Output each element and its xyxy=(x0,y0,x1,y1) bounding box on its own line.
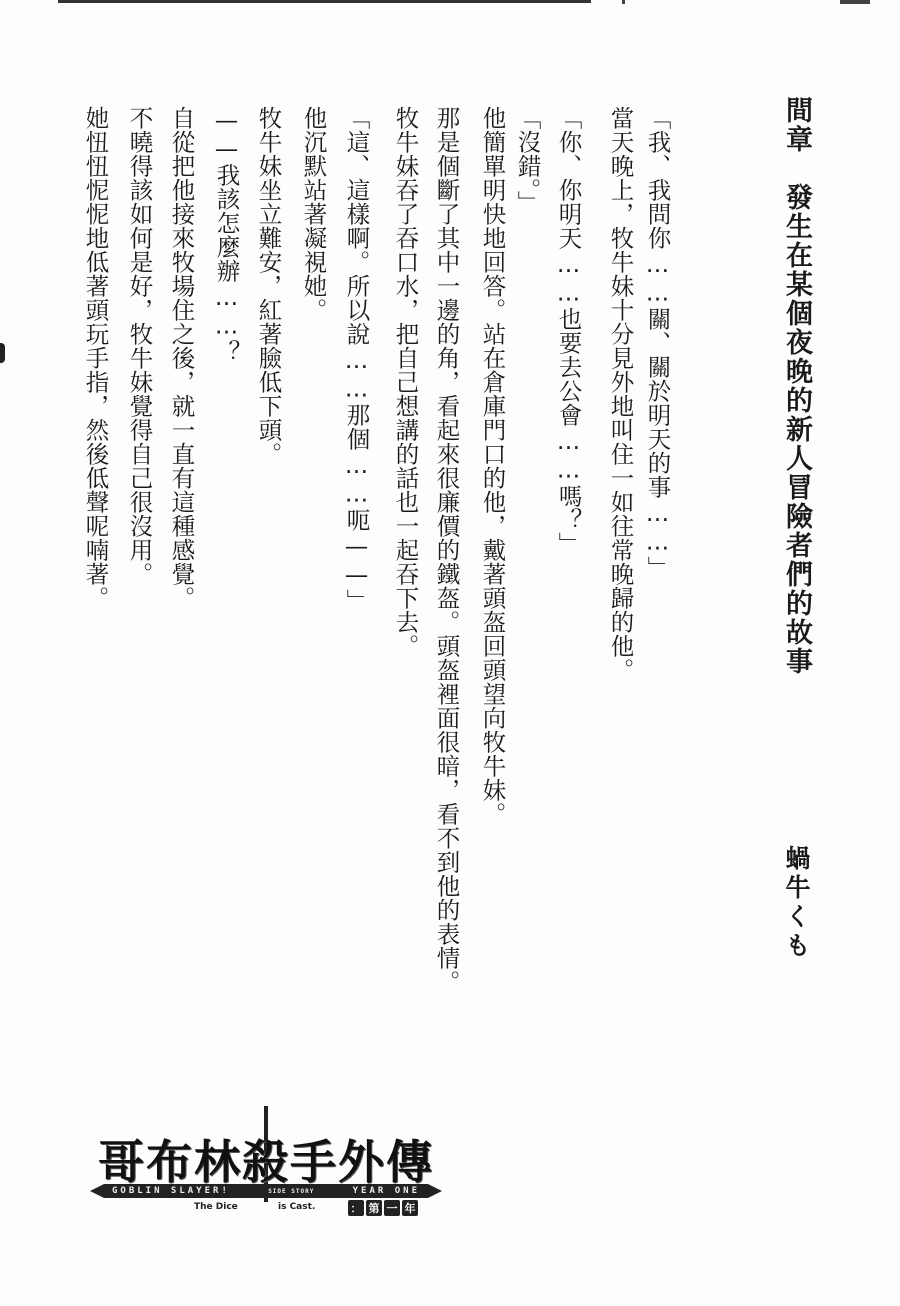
logo-subtitle-left: The Dice xyxy=(194,1202,238,1212)
logo-band-side: SIDE STORY xyxy=(268,1188,314,1195)
series-logo: 哥布林殺手外傳 GOBLIN SLAYER! SIDE STORY YEAR O… xyxy=(86,1106,446,1226)
logo-band-right: YEAR ONE xyxy=(353,1186,420,1196)
text-column: 他沉默站著凝視她。 xyxy=(301,106,325,322)
top-scan-mark xyxy=(840,0,870,4)
logo-banner: GOBLIN SLAYER! SIDE STORY YEAR ONE xyxy=(90,1184,442,1198)
logo-year-char: 一 xyxy=(384,1200,400,1216)
text-column: 他簡單明快地回答。站在倉庫門口的他，戴著頭盔回頭望向牧牛妹。 xyxy=(480,106,504,826)
logo-year-badges: ： 第 一 年 xyxy=(348,1200,418,1216)
text-column: 「我、我問你……關、關於明天的事……」 xyxy=(645,106,669,580)
logo-band-left: GOBLIN SLAYER! xyxy=(112,1186,230,1196)
chapter-title: 間章 發生在某個夜晚的新人冒險者們的故事 xyxy=(783,96,810,676)
logo-subtitle-right: is Cast. xyxy=(278,1202,315,1212)
author-name: 蝸牛くも xyxy=(784,845,809,961)
text-column: 「沒錯。」 xyxy=(515,106,539,214)
top-scan-edge xyxy=(58,0,591,3)
text-column: 不曉得該如何是好，牧牛妹覺得自己很沒用。 xyxy=(127,106,151,586)
text-column: 牧牛妹坐立難安，紅著臉低下頭。 xyxy=(256,106,280,466)
binding-edge-mark xyxy=(0,343,5,363)
top-scan-mark xyxy=(622,0,625,4)
text-column: 自從把他接來牧場住之後，就一直有這種感覺。 xyxy=(169,106,193,610)
logo-title: 哥布林殺手外傳 xyxy=(86,1126,446,1192)
text-column: 她忸忸怩怩地低著頭玩手指，然後低聲呢喃著。 xyxy=(83,106,107,610)
text-column: 「你、你明天……也要去公會……嗎？」 xyxy=(556,106,580,556)
text-column: 「這、這樣啊。所以說……那個……呃——」 xyxy=(344,106,368,613)
logo-year-char: 第 xyxy=(366,1200,382,1216)
text-column: 牧牛妹吞了吞口水，把自己想講的話也一起吞下去。 xyxy=(393,106,417,658)
logo-year-char: 年 xyxy=(402,1200,418,1216)
logo-year-char: ： xyxy=(348,1200,364,1216)
text-column: 那是個斷了其中一邊的角，看起來很廉價的鐵盔。頭盔裡面很暗，看不到他的表情。 xyxy=(434,106,458,994)
text-column: 當天晚上，牧牛妹十分見外地叫住一如往常晚歸的他。 xyxy=(608,106,632,682)
text-column: ——我該怎麼辦……？ xyxy=(214,106,238,364)
